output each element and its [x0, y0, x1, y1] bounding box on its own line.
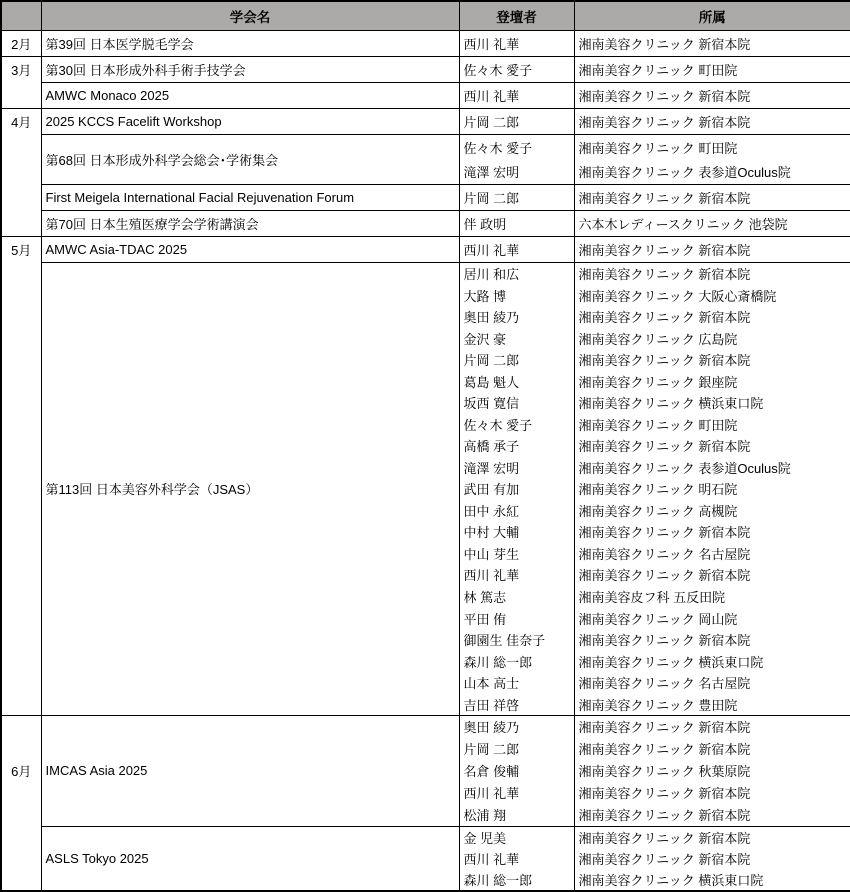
affiliation-name: 湘南美容クリニック 横浜東口院 — [575, 650, 850, 672]
conference-name-cell: First Meigela International Facial Rejuv… — [41, 185, 459, 211]
conference-name-cell: 第113回 日本美容外科学会（JSAS） — [41, 263, 459, 716]
table-row: 2月第39回 日本医学脱毛学会西川 礼華湘南美容クリニック 新宿本院 — [1, 31, 850, 57]
table-row: 第113回 日本美容外科学会（JSAS）居川 和広大路 博奥田 綾乃金沢 豪片岡… — [1, 263, 850, 716]
speaker-name: 御園生 佳奈子 — [460, 629, 574, 651]
affiliation-cell: 六本木レディースクリニック 池袋院 — [574, 211, 850, 237]
speaker-name: 西川 礼華 — [460, 848, 574, 869]
affiliation-name: 湘南美容クリニック 新宿本院 — [575, 848, 850, 869]
speaker-cell: 佐々木 愛子滝澤 宏明 — [459, 135, 574, 185]
affiliation-cell: 湘南美容クリニック 新宿本院 — [574, 83, 850, 109]
speaker-name: 林 篤志 — [460, 586, 574, 608]
speaker-name: 片岡 二郎 — [460, 738, 574, 760]
affiliation-name: 湘南美容クリニック 広島院 — [575, 328, 850, 350]
speaker-cell: 居川 和広大路 博奥田 綾乃金沢 豪片岡 二郎葛島 魁人坂西 寛信佐々木 愛子高… — [459, 263, 574, 716]
affiliation-name: 湘南美容クリニック 新宿本院 — [575, 716, 850, 738]
affiliation-name: 湘南美容クリニック 新宿本院 — [575, 109, 850, 134]
speaker-cell: 伴 政明 — [459, 211, 574, 237]
conference-name-cell: 第30回 日本形成外科手術手技学会 — [41, 57, 459, 83]
affiliation-cell: 湘南美容クリニック 新宿本院湘南美容クリニック 新宿本院湘南美容クリニック 横浜… — [574, 826, 850, 891]
speaker-cell: 佐々木 愛子 — [459, 57, 574, 83]
speaker-name: 片岡 二郎 — [460, 109, 574, 134]
table-body: 2月第39回 日本医学脱毛学会西川 礼華湘南美容クリニック 新宿本院3月第30回… — [1, 31, 850, 891]
table-row: 第70回 日本生殖医療学会学術講演会伴 政明六本木レディースクリニック 池袋院 — [1, 211, 850, 237]
speaker-name: 葛島 魁人 — [460, 371, 574, 393]
speaker-name: 森川 総一郎 — [460, 650, 574, 672]
speaker-cell: 片岡 二郎 — [459, 109, 574, 135]
affiliation-name: 湘南美容クリニック 新宿本院 — [575, 237, 850, 262]
affiliation-name: 湘南美容皮フ科 五反田院 — [575, 586, 850, 608]
column-header-speaker: 登壇者 — [459, 1, 574, 31]
affiliation-cell: 湘南美容クリニック 新宿本院 — [574, 31, 850, 57]
speaker-name: 田中 永紅 — [460, 500, 574, 522]
table-row: First Meigela International Facial Rejuv… — [1, 185, 850, 211]
affiliation-name: 湘南美容クリニック 新宿本院 — [575, 263, 850, 285]
table-row: 第68回 日本形成外科学会総会･学術集会佐々木 愛子滝澤 宏明湘南美容クリニック… — [1, 135, 850, 185]
affiliation-name: 湘南美容クリニック 明石院 — [575, 478, 850, 500]
conference-name-cell: 第68回 日本形成外科学会総会･学術集会 — [41, 135, 459, 185]
speaker-name: 西川 礼華 — [460, 782, 574, 804]
affiliation-name: 湘南美容クリニック 町田院 — [575, 135, 850, 160]
affiliation-cell: 湘南美容クリニック 新宿本院湘南美容クリニック 大阪心斎橋院湘南美容クリニック … — [574, 263, 850, 716]
affiliation-name: 湘南美容クリニック 新宿本院 — [575, 782, 850, 804]
month-label: 6月 — [2, 716, 41, 826]
speaker-name: 森川 総一郎 — [460, 869, 574, 890]
affiliation-name: 湘南美容クリニック 大阪心斎橋院 — [575, 285, 850, 307]
speaker-cell: 西川 礼華 — [459, 31, 574, 57]
speaker-cell: 片岡 二郎 — [459, 185, 574, 211]
speaker-name: 西川 礼華 — [460, 31, 574, 56]
affiliation-cell: 湘南美容クリニック 新宿本院 — [574, 109, 850, 135]
speaker-name: 片岡 二郎 — [460, 349, 574, 371]
affiliation-name: 湘南美容クリニック 秋葉原院 — [575, 760, 850, 782]
affiliation-name: 湘南美容クリニック 表参道Oculus院 — [575, 457, 850, 479]
speaker-name: 武田 有加 — [460, 478, 574, 500]
affiliation-name: 湘南美容クリニック 横浜東口院 — [575, 869, 850, 890]
table-row: ASLS Tokyo 2025金 児美西川 礼華森川 総一郎湘南美容クリニック … — [1, 826, 850, 891]
speaker-name: 居川 和広 — [460, 263, 574, 285]
speaker-name: 平田 侑 — [460, 607, 574, 629]
affiliation-cell: 湘南美容クリニック 新宿本院 — [574, 237, 850, 263]
speaker-name: 坂西 寛信 — [460, 392, 574, 414]
month-cell: 5月 — [1, 237, 41, 716]
affiliation-name: 湘南美容クリニック 高槻院 — [575, 500, 850, 522]
conference-name-cell: IMCAS Asia 2025 — [41, 715, 459, 826]
affiliation-cell: 湘南美容クリニック 町田院湘南美容クリニック 表参道Oculus院 — [574, 135, 850, 185]
speaker-name: 佐々木 愛子 — [460, 135, 574, 160]
table-row: AMWC Monaco 2025西川 礼華湘南美容クリニック 新宿本院 — [1, 83, 850, 109]
affiliation-cell: 湘南美容クリニック 新宿本院 — [574, 185, 850, 211]
affiliation-name: 湘南美容クリニック 町田院 — [575, 414, 850, 436]
affiliation-name: 湘南美容クリニック 新宿本院 — [575, 827, 850, 848]
speaker-cell: 西川 礼華 — [459, 237, 574, 263]
affiliation-name: 湘南美容クリニック 新宿本院 — [575, 185, 850, 210]
column-header-affiliation: 所属 — [574, 1, 850, 31]
speaker-name: 佐々木 愛子 — [460, 57, 574, 82]
speaker-name: 佐々木 愛子 — [460, 414, 574, 436]
month-cell: 4月 — [1, 109, 41, 237]
speaker-name: 高橋 承子 — [460, 435, 574, 457]
month-label: 5月 — [2, 237, 41, 262]
month-cell: 6月 — [1, 715, 41, 891]
affiliation-name: 湘南美容クリニック 新宿本院 — [575, 564, 850, 586]
speaker-cell: 奥田 綾乃片岡 二郎名倉 俊輔西川 礼華松浦 翔 — [459, 715, 574, 826]
speaker-name: 滝澤 宏明 — [460, 457, 574, 479]
affiliation-name: 湘南美容クリニック 町田院 — [575, 57, 850, 82]
column-header-conference: 学会名 — [41, 1, 459, 31]
table-row: 6月IMCAS Asia 2025奥田 綾乃片岡 二郎名倉 俊輔西川 礼華松浦 … — [1, 715, 850, 826]
affiliation-name: 湘南美容クリニック 表参道Oculus院 — [575, 160, 850, 185]
month-cell: 2月 — [1, 31, 41, 57]
month-cell: 3月 — [1, 57, 41, 109]
speaker-cell: 金 児美西川 礼華森川 総一郎 — [459, 826, 574, 891]
conference-name-cell: ASLS Tokyo 2025 — [41, 826, 459, 891]
speaker-name: 吉田 祥啓 — [460, 693, 574, 715]
conference-schedule-table: 学会名 登壇者 所属 2月第39回 日本医学脱毛学会西川 礼華湘南美容クリニック… — [0, 0, 850, 892]
affiliation-name: 湘南美容クリニック 岡山院 — [575, 607, 850, 629]
affiliation-cell: 湘南美容クリニック 新宿本院湘南美容クリニック 新宿本院湘南美容クリニック 秋葉… — [574, 715, 850, 826]
affiliation-name: 湘南美容クリニック 新宿本院 — [575, 306, 850, 328]
affiliation-name: 湘南美容クリニック 新宿本院 — [575, 349, 850, 371]
speaker-name: 松浦 翔 — [460, 804, 574, 826]
table-row: 5月AMWC Asia-TDAC 2025西川 礼華湘南美容クリニック 新宿本院 — [1, 237, 850, 263]
affiliation-name: 湘南美容クリニック 銀座院 — [575, 371, 850, 393]
speaker-name: 大路 博 — [460, 285, 574, 307]
speaker-name: 金沢 豪 — [460, 328, 574, 350]
conference-name-cell: AMWC Asia-TDAC 2025 — [41, 237, 459, 263]
affiliation-cell: 湘南美容クリニック 町田院 — [574, 57, 850, 83]
speaker-name: 山本 高士 — [460, 672, 574, 694]
conference-name-cell: 2025 KCCS Facelift Workshop — [41, 109, 459, 135]
header-row: 学会名 登壇者 所属 — [1, 1, 850, 31]
speaker-name: 滝澤 宏明 — [460, 160, 574, 185]
affiliation-name: 湘南美容クリニック 豊田院 — [575, 693, 850, 715]
speaker-name: 西川 礼華 — [460, 237, 574, 262]
speaker-name: 名倉 俊輔 — [460, 760, 574, 782]
conference-name-cell: AMWC Monaco 2025 — [41, 83, 459, 109]
affiliation-name: 湘南美容クリニック 新宿本院 — [575, 31, 850, 56]
table-row: 4月2025 KCCS Facelift Workshop片岡 二郎湘南美容クリ… — [1, 109, 850, 135]
month-label: 3月 — [2, 57, 41, 82]
speaker-name: 奥田 綾乃 — [460, 716, 574, 738]
conference-name-cell: 第70回 日本生殖医療学会学術講演会 — [41, 211, 459, 237]
affiliation-name: 湘南美容クリニック 横浜東口院 — [575, 392, 850, 414]
affiliation-name: 湘南美容クリニック 新宿本院 — [575, 521, 850, 543]
month-label: 4月 — [2, 109, 41, 134]
affiliation-name: 湘南美容クリニック 名古屋院 — [575, 543, 850, 565]
affiliation-name: 湘南美容クリニック 新宿本院 — [575, 738, 850, 760]
affiliation-name: 湘南美容クリニック 新宿本院 — [575, 83, 850, 108]
affiliation-name: 湘南美容クリニック 新宿本院 — [575, 629, 850, 651]
table-row: 3月第30回 日本形成外科手術手技学会佐々木 愛子湘南美容クリニック 町田院 — [1, 57, 850, 83]
speaker-name: 中村 大輔 — [460, 521, 574, 543]
affiliation-name: 湘南美容クリニック 新宿本院 — [575, 804, 850, 826]
speaker-name: 奥田 綾乃 — [460, 306, 574, 328]
affiliation-name: 湘南美容クリニック 新宿本院 — [575, 435, 850, 457]
affiliation-name: 六本木レディースクリニック 池袋院 — [575, 211, 850, 236]
speaker-name: 片岡 二郎 — [460, 185, 574, 210]
speaker-name: 金 児美 — [460, 827, 574, 848]
speaker-name: 伴 政明 — [460, 211, 574, 236]
conference-name-cell: 第39回 日本医学脱毛学会 — [41, 31, 459, 57]
speaker-name: 中山 芽生 — [460, 543, 574, 565]
column-header-month — [1, 1, 41, 31]
speaker-name: 西川 礼華 — [460, 564, 574, 586]
month-label: 2月 — [2, 31, 41, 56]
speaker-cell: 西川 礼華 — [459, 83, 574, 109]
speaker-name: 西川 礼華 — [460, 83, 574, 108]
affiliation-name: 湘南美容クリニック 名古屋院 — [575, 672, 850, 694]
